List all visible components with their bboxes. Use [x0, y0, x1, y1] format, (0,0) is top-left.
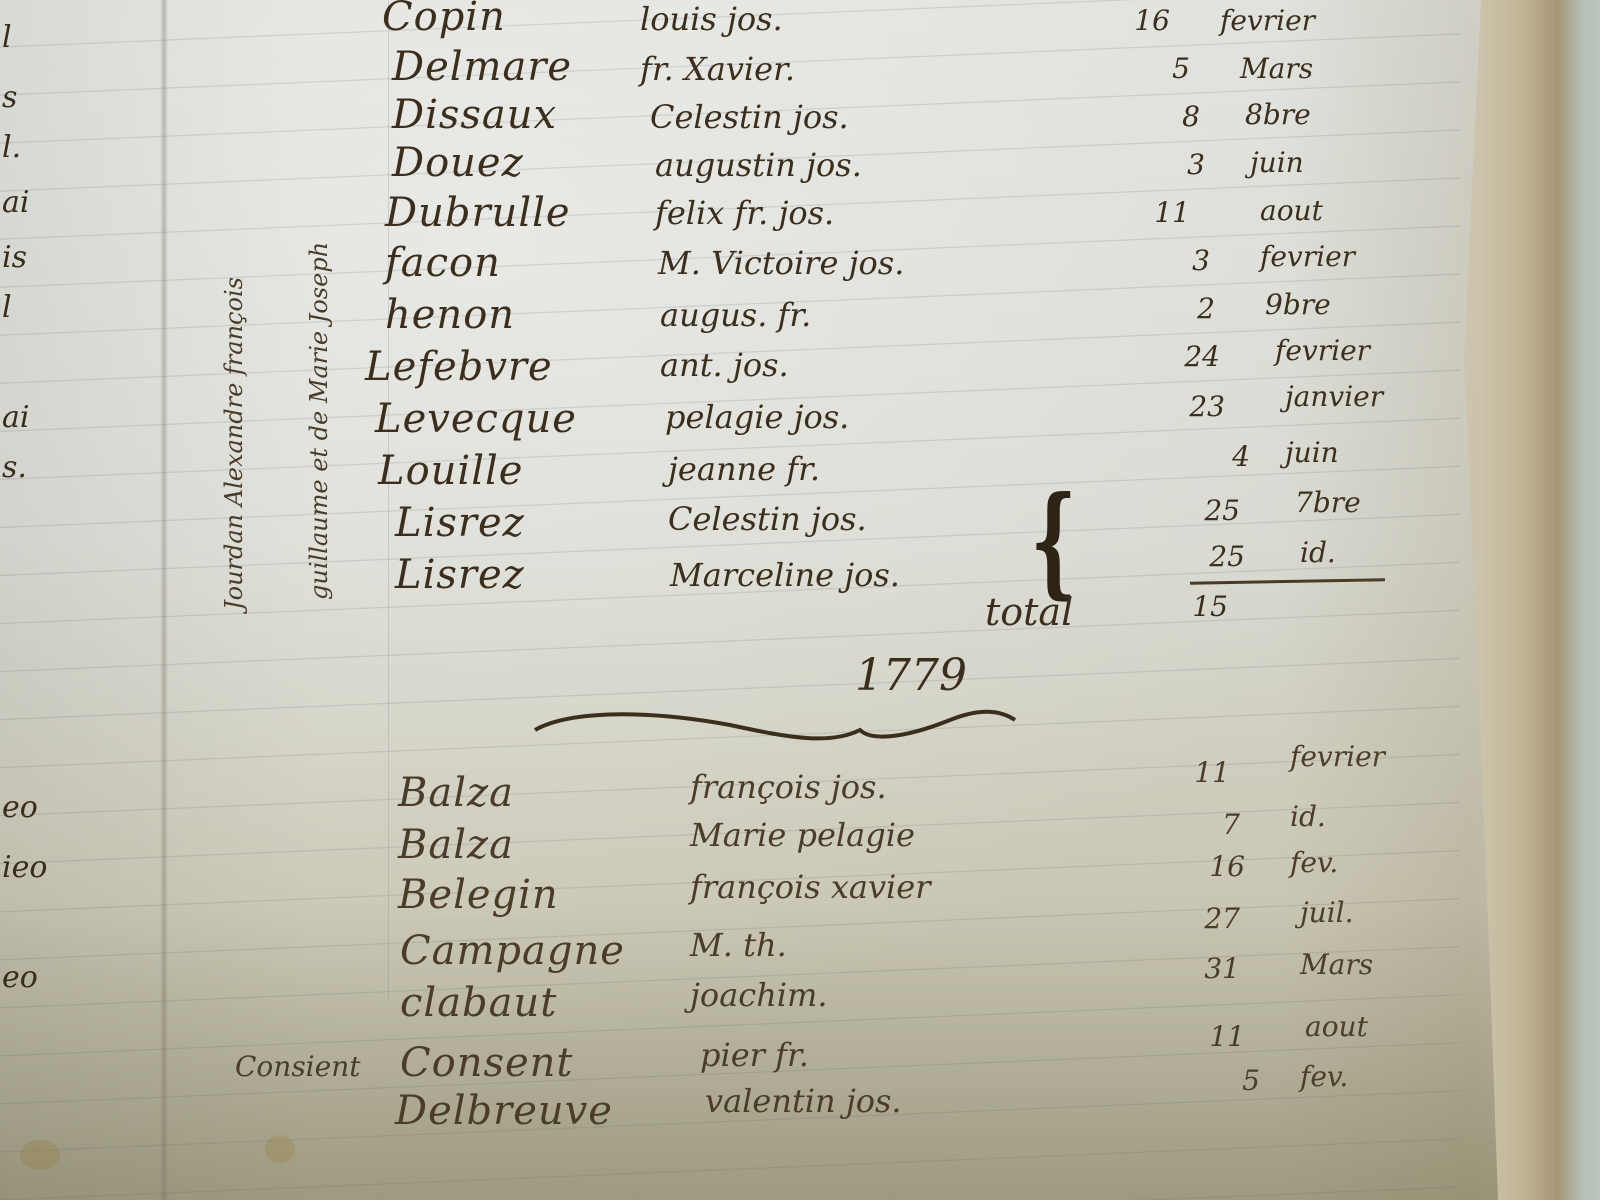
surname: Louille — [378, 448, 523, 494]
total-label: total — [985, 590, 1073, 634]
given-names: M. Victoire jos. — [658, 244, 904, 282]
fragment: l — [2, 290, 12, 325]
margin-note-line-2: guillaume et de Marie Joseph — [305, 242, 333, 600]
surname: Belegin — [398, 872, 559, 918]
month: fev. — [1300, 1060, 1348, 1093]
fragment: ai — [2, 185, 29, 220]
month: juin — [1250, 146, 1304, 179]
month: fevrier — [1290, 740, 1385, 773]
fragment: eo — [2, 960, 38, 995]
month: 8bre — [1245, 98, 1311, 131]
day: 11 — [1130, 196, 1190, 229]
surname: Dubrulle — [385, 190, 571, 236]
month: fevrier — [1260, 240, 1355, 273]
day: 31 — [1180, 952, 1240, 985]
given-names: Celestin jos. — [668, 500, 867, 538]
surname: Dissaux — [392, 92, 557, 138]
given-names: pelagie jos. — [665, 398, 849, 436]
surname: Delmare — [392, 44, 572, 90]
given-names: Marie pelagie — [690, 816, 915, 854]
margin-line — [388, 0, 389, 1000]
day: 25 — [1185, 540, 1245, 573]
month: id. — [1290, 800, 1326, 833]
day: 11 — [1170, 756, 1230, 789]
ink-stain — [265, 1135, 295, 1163]
day: 16 — [1185, 850, 1245, 883]
month: aout — [1305, 1010, 1368, 1043]
day: 27 — [1180, 902, 1240, 935]
surname: facon — [385, 240, 501, 286]
month: aout — [1260, 194, 1323, 227]
fragment: eo — [2, 790, 38, 825]
surname: Delbreuve — [395, 1088, 613, 1134]
given-names: augus. fr. — [660, 296, 811, 334]
fragment: s. — [2, 450, 27, 485]
day: 3 — [1150, 244, 1210, 277]
given-names: valentin jos. — [705, 1082, 902, 1120]
register-page: l s l. ai is l ai s. eo ieo eo Jourdan A… — [0, 0, 1600, 1200]
surname: Consent — [400, 1040, 573, 1086]
fragment: l. — [2, 130, 21, 165]
month: 7bre — [1295, 486, 1361, 519]
page-gutter — [160, 0, 168, 1200]
fragment: ieo — [2, 850, 47, 885]
fragment: l — [2, 20, 12, 55]
margin-note-line-1: Jourdan Alexandre françois — [220, 277, 248, 610]
total-value: 15 — [1168, 590, 1228, 623]
fragment: s — [2, 80, 17, 115]
given-names: louis jos. — [640, 0, 783, 38]
surname: Lisrez — [395, 552, 525, 598]
day: 16 — [1110, 4, 1170, 37]
surname: Lisrez — [395, 500, 525, 546]
year-heading: 1779 — [855, 650, 967, 701]
month: id. — [1300, 536, 1336, 569]
month: fevrier — [1275, 334, 1370, 367]
surname: Balza — [398, 770, 514, 816]
day: 11 — [1185, 1020, 1245, 1053]
surname: Copin — [382, 0, 506, 40]
flourish-divider-icon — [530, 700, 1020, 760]
margin-correction: Consient — [235, 1050, 361, 1083]
fragment: is — [2, 240, 27, 275]
given-names: M. th. — [690, 926, 787, 964]
day: 7 — [1180, 808, 1240, 841]
day: 5 — [1130, 52, 1190, 85]
given-names: felix fr. jos. — [655, 194, 834, 232]
given-names: jeanne fr. — [668, 450, 820, 488]
day: 2 — [1155, 292, 1215, 325]
given-names: Marceline jos. — [670, 556, 900, 594]
surname: Lefebvre — [365, 344, 553, 390]
day: 25 — [1180, 494, 1240, 527]
day: 8 — [1140, 100, 1200, 133]
surname: Levecque — [375, 396, 577, 442]
month: juil. — [1300, 896, 1354, 929]
month: fevrier — [1220, 4, 1315, 37]
month: Mars — [1300, 948, 1373, 981]
given-names: fr. Xavier. — [640, 50, 795, 88]
month: janvier — [1285, 380, 1383, 413]
given-names: augustin jos. — [655, 146, 862, 184]
given-names: pier fr. — [700, 1036, 809, 1074]
surname: Douez — [392, 140, 524, 186]
day: 23 — [1165, 390, 1225, 423]
fragment: ai — [2, 400, 29, 435]
ink-stain — [20, 1140, 60, 1170]
given-names: ant. jos. — [660, 346, 789, 384]
given-names: Celestin jos. — [650, 98, 849, 136]
surname: clabaut — [400, 980, 557, 1026]
month: juin — [1285, 436, 1339, 469]
month: Mars — [1240, 52, 1313, 85]
month: 9bre — [1265, 288, 1331, 321]
surname: Balza — [398, 822, 514, 868]
given-names: joachim. — [690, 976, 828, 1014]
day: 24 — [1160, 340, 1220, 373]
given-names: françois jos. — [690, 768, 887, 806]
day: 3 — [1145, 148, 1205, 181]
day: 4 — [1190, 440, 1250, 473]
surname: Campagne — [400, 928, 625, 974]
day: 5 — [1200, 1064, 1260, 1097]
surname: henon — [385, 292, 515, 338]
month: fev. — [1290, 846, 1338, 879]
given-names: françois xavier — [690, 868, 931, 906]
